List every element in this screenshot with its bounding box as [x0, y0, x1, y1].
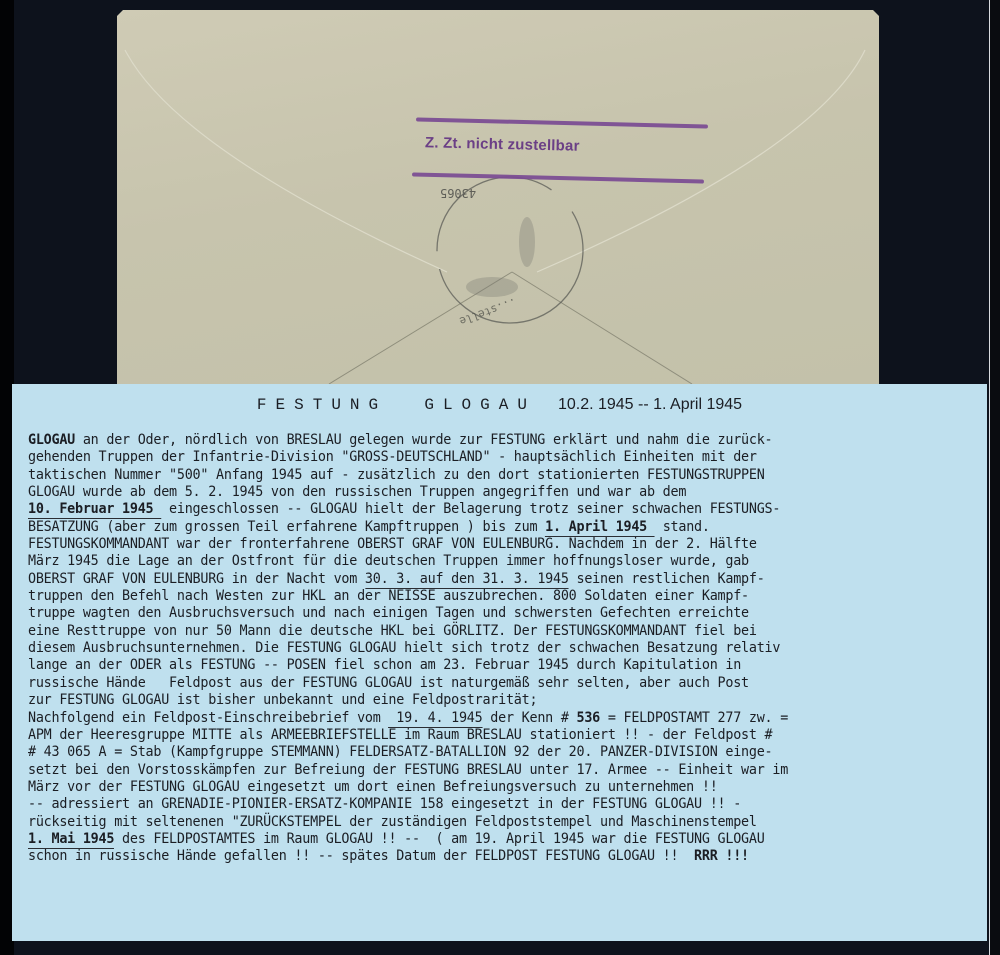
text-line: lange an der ODER als FESTUNG -- POSEN f… — [28, 657, 927, 674]
text-line: Nachfolgend ein Feldpost-Einschreibebrie… — [28, 710, 927, 727]
text-segment: setzt bei den Vorstosskämpfen zur Befrei… — [28, 762, 788, 778]
envelope-flap-lines — [117, 10, 879, 384]
text-line: rückseitig mit seltenenen "ZURÜCKSTEMPEL… — [28, 814, 927, 831]
text-segment: der Kenn # — [482, 710, 576, 726]
album-page-edge-right — [989, 0, 1000, 955]
text-line: März 1945 die Lage an der Ostfront für d… — [28, 553, 927, 570]
text-segment: eingeschlossen -- GLOGAU hielt der Belag… — [161, 501, 780, 517]
text-line: truppe wagten den Ausbruchsversuch und n… — [28, 605, 927, 622]
card-title-main: FESTUNG GLOGAU — [257, 396, 536, 414]
text-segment: stand. — [655, 519, 710, 535]
postmark-number: 43065 — [440, 186, 476, 200]
description-card: FESTUNG GLOGAU10.2. 1945 -- 1. April 194… — [12, 384, 987, 941]
emphasis-text: 1. Mai 1945 — [28, 831, 114, 849]
text-segment: zur FESTUNG GLOGAU ist bisher unbekannt … — [28, 692, 537, 708]
text-segment: lange an der ODER als FESTUNG -- POSEN f… — [28, 657, 741, 673]
text-line: GLOGAU wurde ab dem 5. 2. 1945 von den r… — [28, 484, 927, 501]
text-line: APM der Heeresgruppe MITTE als ARMEEBRIE… — [28, 727, 927, 744]
card-title: FESTUNG GLOGAU10.2. 1945 -- 1. April 194… — [12, 396, 987, 414]
text-segment: taktischen Nummer "500" Anfang 1945 auf … — [28, 467, 765, 483]
text-line: zur FESTUNG GLOGAU ist bisher unbekannt … — [28, 692, 927, 709]
text-line: eine Resttruppe von nur 50 Mann die deut… — [28, 623, 927, 640]
text-segment: # 43 065 A = Stab (Kampfgruppe STEMMANN)… — [28, 744, 772, 760]
text-line: gehenden Truppen der Infantrie-Division … — [28, 449, 927, 466]
card-body-text: GLOGAU an der Oder, nördlich von BRESLAU… — [28, 432, 927, 866]
text-segment: an der Oder, nördlich von BRESLAU gelege… — [75, 432, 772, 448]
envelope-back — [117, 10, 879, 384]
text-segment: truppe wagten den Ausbruchsversuch und n… — [28, 605, 749, 621]
text-segment: -- adressiert an GRENADIE-PIONIER-ERSATZ… — [28, 796, 741, 812]
emphasis-text: 1. April 1945 — [545, 519, 655, 537]
cachet-undeliverable: Z. Zt. nicht zustellbar — [425, 134, 580, 155]
card-title-dates: 10.2. 1945 -- 1. April 1945 — [558, 396, 742, 413]
text-line: März vor der FESTUNG GLOGAU eingesetzt u… — [28, 779, 927, 796]
text-segment: des FELDPOSTAMTES im Raum GLOGAU !! -- (… — [114, 831, 764, 847]
text-line: schon in russische Hände gefallen !! -- … — [28, 848, 927, 865]
text-line: 1. Mai 1945 des FELDPOSTAMTES im Raum GL… — [28, 831, 927, 848]
text-line: BESATZUNG (aber zum grossen Teil erfahre… — [28, 519, 927, 536]
text-segment: russische Hände Feldpost aus der FESTUNG… — [28, 675, 749, 691]
text-line: truppen den Befehl nach Westen zur HKL a… — [28, 588, 927, 605]
text-line: diesem Ausbruchsunternehmen. Die FESTUNG… — [28, 640, 927, 657]
text-segment: März vor der FESTUNG GLOGAU eingesetzt u… — [28, 779, 718, 795]
text-line: 10. Februar 1945 eingeschlossen -- GLOGA… — [28, 501, 927, 518]
text-line: taktischen Nummer "500" Anfang 1945 auf … — [28, 467, 927, 484]
text-line: russische Hände Feldpost aus der FESTUNG… — [28, 675, 927, 692]
emphasis-text: 10. Februar 1945 — [28, 501, 161, 519]
text-segment: diesem Ausbruchsunternehmen. Die FESTUNG… — [28, 640, 780, 656]
text-segment: truppen den Befehl nach Westen zur HKL a… — [28, 588, 749, 604]
text-segment: seinen restlichen Kampf- — [569, 571, 765, 587]
text-segment: gehenden Truppen der Infantrie-Division … — [28, 449, 757, 465]
text-segment: FESTUNGSKOMMANDANT war der fronterfahren… — [28, 536, 757, 552]
text-segment: Nachfolgend ein Feldpost-Einschreibebrie… — [28, 710, 388, 726]
text-segment: = FELDPOSTAMT 277 zw. = — [600, 710, 788, 726]
text-segment: rückseitig mit seltenenen "ZURÜCKSTEMPEL… — [28, 814, 757, 830]
emphasis-text: GLOGAU — [28, 432, 75, 448]
text-segment: März 1945 die Lage an der Ostfront für d… — [28, 553, 749, 569]
emphasis-text: RRR !!! — [694, 848, 749, 864]
text-segment: BESATZUNG (aber zum grossen Teil erfahre… — [28, 519, 545, 535]
text-segment: 19. 4. 1945 — [388, 710, 482, 728]
text-line: setzt bei den Vorstosskämpfen zur Befrei… — [28, 762, 927, 779]
text-segment: eine Resttruppe von nur 50 Mann die deut… — [28, 623, 757, 639]
text-segment: OBERST GRAF VON EULENBURG in der Nacht v… — [28, 571, 365, 587]
text-line: GLOGAU an der Oder, nördlich von BRESLAU… — [28, 432, 927, 449]
text-segment: schon in russische Hände gefallen !! -- … — [28, 848, 694, 864]
text-segment: 30. 3. auf den 31. 3. 1945 — [365, 571, 569, 589]
text-line: # 43 065 A = Stab (Kampfgruppe STEMMANN)… — [28, 744, 927, 761]
text-line: FESTUNGSKOMMANDANT war der fronterfahren… — [28, 536, 927, 553]
text-line: -- adressiert an GRENADIE-PIONIER-ERSATZ… — [28, 796, 927, 813]
text-segment: APM der Heeresgruppe MITTE als ARMEEBRIE… — [28, 727, 772, 743]
emphasis-text: 536 — [576, 710, 600, 726]
text-segment: GLOGAU wurde ab dem 5. 2. 1945 von den r… — [28, 484, 686, 500]
text-line: OBERST GRAF VON EULENBURG in der Nacht v… — [28, 571, 927, 588]
